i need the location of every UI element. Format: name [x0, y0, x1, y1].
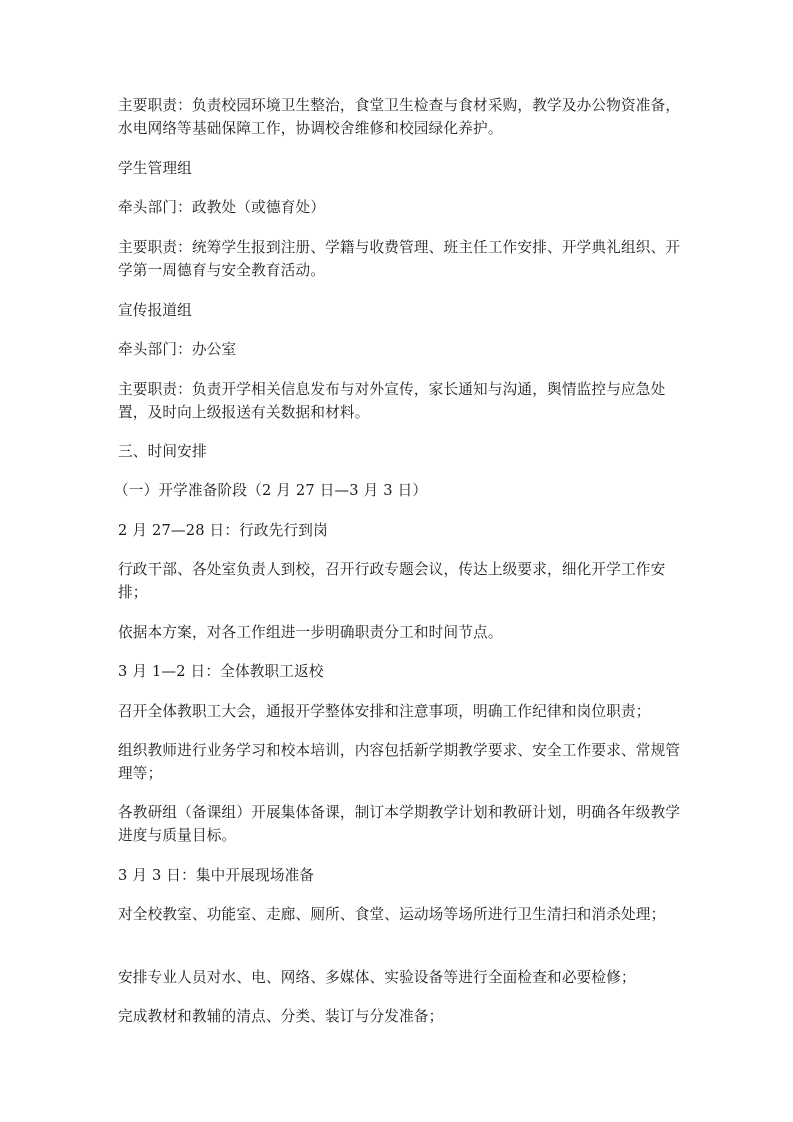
equipment-check-paragraph: 安排专业人员对水、电、网络、多媒体、实验设备等进行全面检查和必要检修；: [118, 966, 683, 989]
publicity-duties-paragraph: 主要职责：负责开学相关信息发布与对外宣传，家长通知与沟通，舆情监控与应急处置，及…: [118, 378, 683, 424]
mar-3-heading: 3 月 3 日：集中开展现场准备: [118, 864, 683, 887]
feb-27-28-heading: 2 月 27—28 日：行政先行到岗: [118, 519, 683, 542]
section-three-heading: 三、时间安排: [118, 440, 683, 463]
student-management-duties-paragraph: 主要职责：统筹学生报到注册、学籍与收费管理、班主任工作安排、开学典礼组织、开学第…: [118, 236, 683, 282]
plan-refinement-paragraph: 依据本方案，对各工作组进一步明确职责分工和时间节点。: [118, 621, 683, 644]
mar-1-2-heading: 3 月 1—2 日：全体教职工返校: [118, 660, 683, 683]
publicity-lead-dept: 牵头部门：办公室: [118, 338, 683, 361]
lesson-prep-paragraph: 各教研组（备课组）开展集体备课，制订本学期教学计划和教研计划，明确各年级教学进度…: [118, 801, 683, 847]
staff-meeting-paragraph: 召开全体教职工大会，通报开学整体安排和注意事项，明确工作纪律和岗位职责；: [118, 700, 683, 723]
prep-stage-heading: （一）开学准备阶段（2 月 27 日—3 月 3 日）: [114, 479, 679, 502]
cleaning-paragraph: 对全校教室、功能室、走廊、厕所、食堂、运动场等场所进行卫生清扫和消杀处理；: [118, 903, 683, 926]
document-page: 主要职责：负责校园环境卫生整治，食堂卫生检查与食材采购，教学及办公物资准备，水电…: [0, 0, 793, 1122]
admin-duties-paragraph: 行政干部、各处室负责人到校，召开行政专题会议，传达上级要求，细化开学工作安排；: [118, 558, 683, 604]
logistics-duties-paragraph: 主要职责：负责校园环境卫生整治，食堂卫生检查与食材采购，教学及办公物资准备，水电…: [118, 94, 683, 140]
teacher-training-paragraph: 组织教师进行业务学习和校本培训，内容包括新学期教学要求、安全工作要求、常规管理等…: [118, 739, 683, 785]
publicity-group-heading: 宣传报道组: [118, 299, 683, 322]
textbook-prep-paragraph: 完成教材和教辅的清点、分类、装订与分发准备；: [118, 1005, 683, 1028]
student-management-group-heading: 学生管理组: [118, 157, 683, 180]
student-management-lead-dept: 牵头部门：政教处（或德育处）: [118, 196, 683, 219]
